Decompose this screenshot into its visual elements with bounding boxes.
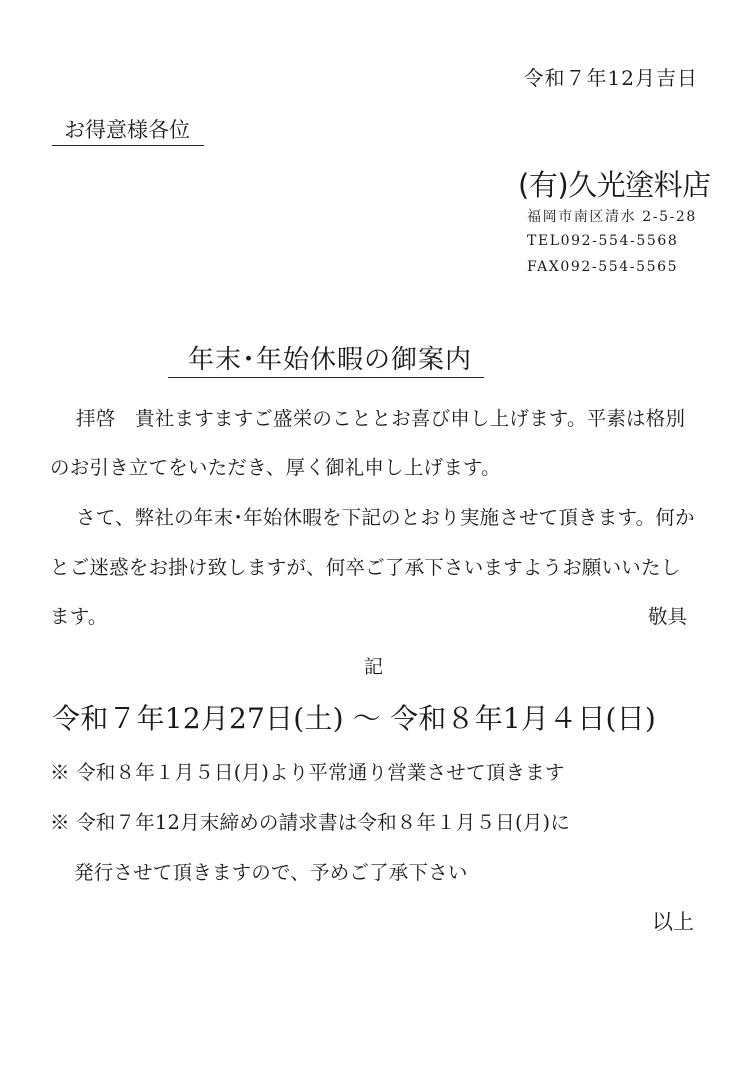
paragraph-2-line-1: さて、弊社の年末･年始休暇を下記のとおり実施させて頂きます。何か	[76, 502, 695, 530]
note-invoice-continued: 発行させて頂きますので、予めご了承下さい	[74, 857, 468, 885]
paragraph-1-line-1: 拝啓 貴社ますますご盛栄のこととお喜び申し上げます。平素は格別	[76, 403, 685, 431]
paragraph-2-line-3: ます。	[50, 601, 108, 629]
issue-date: 令和７年12月吉日	[524, 62, 698, 91]
document-title: 年末･年始休暇の御案内	[168, 339, 484, 378]
paragraph-1-line-2: のお引き立てをいただき、厚く御礼申し上げます。	[50, 452, 501, 480]
company-tel: TEL092-554-5568	[527, 233, 678, 249]
note-invoice: ※ 令和７年12月末締めの請求書は令和８年１月５日(月)に	[50, 807, 570, 835]
note-resume-business: ※ 令和８年１月５日(月)より平常通り営業させて頂きます	[50, 757, 565, 785]
company-address: 福岡市南区清水 2-5-28	[527, 206, 697, 226]
closing-ijo: 以上	[652, 906, 694, 936]
paragraph-2-line-2: とご迷惑をお掛け致しますが、何卒ご了承下さいますようお願いいたし	[50, 552, 680, 580]
company-name: (有)久光塗料店	[518, 163, 711, 204]
recipient-salutation: お得意様各位	[52, 114, 204, 146]
closing-keigu: 敬具	[648, 601, 687, 629]
ki-heading: 記	[364, 652, 383, 679]
company-fax: FAX092-554-5565	[527, 259, 678, 275]
holiday-period: 令和７年12月27日(土) ～ 令和８年1月４日(日)	[52, 697, 656, 737]
